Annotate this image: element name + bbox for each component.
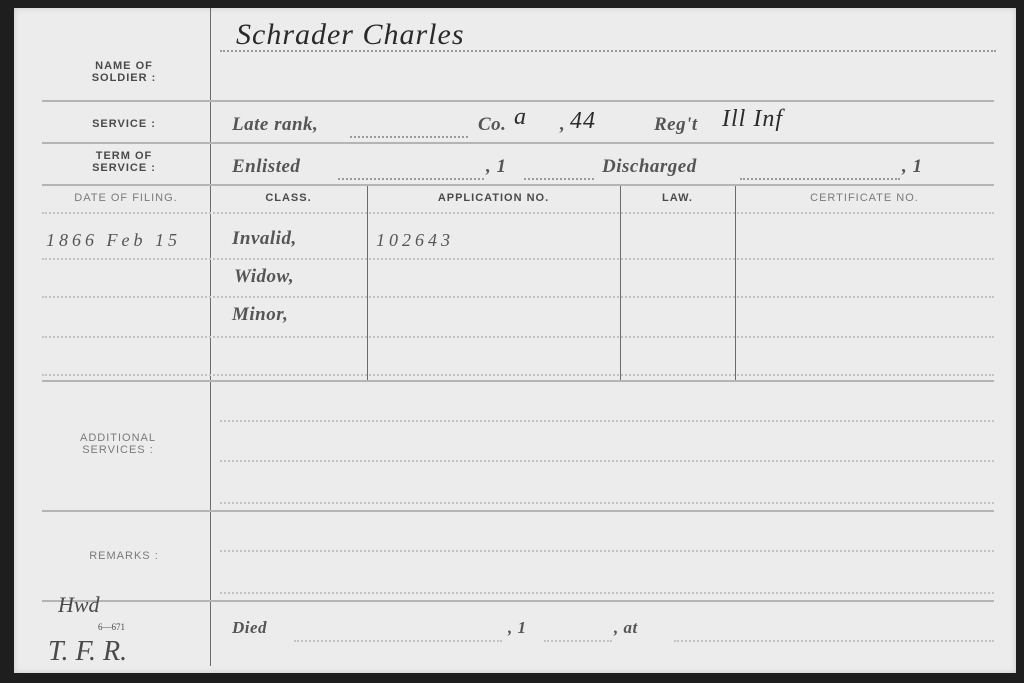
additional-row-divider xyxy=(42,510,994,512)
co-label: Co. xyxy=(478,114,506,136)
filing-row-line-3 xyxy=(42,336,994,338)
remarks-label: REMARKS : xyxy=(74,550,174,562)
application-no-header: APPLICATION NO. xyxy=(367,192,620,204)
certificate-no-header: CERTIFICATE NO. xyxy=(735,192,994,204)
died-at-label: , at xyxy=(614,618,638,638)
header-row-divider xyxy=(42,212,994,214)
additional-line-2 xyxy=(220,460,994,462)
enlisted-year: , 1 xyxy=(486,156,507,178)
name-of-soldier-label: NAME OF SOLDIER : xyxy=(74,60,174,84)
regt-label: Reg't xyxy=(654,114,698,136)
discharged-year: , 1 xyxy=(902,156,923,178)
term-row-divider xyxy=(42,184,994,186)
filing-date: 1866 Feb 15 xyxy=(46,230,181,251)
died-at-dotted xyxy=(674,640,994,642)
application-number: 102643 xyxy=(376,230,454,251)
remarks-line-2 xyxy=(220,592,994,594)
class-widow: Widow, xyxy=(234,266,294,288)
died-dotted xyxy=(294,640,502,642)
late-rank-dotted xyxy=(350,136,468,138)
term-of-service-label: TERM OF SERVICE : xyxy=(74,150,174,174)
filing-row-line-2 xyxy=(42,296,994,298)
clerk-initials: T. F. R. xyxy=(48,636,127,668)
class-invalid: Invalid, xyxy=(232,228,297,250)
enlisted-label: Enlisted xyxy=(232,156,300,178)
filing-row-line-1 xyxy=(42,258,994,260)
date-of-filing-header: DATE OF FILING. xyxy=(42,192,210,204)
additional-line-3 xyxy=(220,502,994,504)
remarks-row-divider xyxy=(42,600,994,602)
enlisted-dotted xyxy=(338,178,484,180)
died-label: Died xyxy=(232,618,267,638)
discharged-dotted xyxy=(740,178,900,180)
service-label: SERVICE : xyxy=(74,118,174,130)
regiment-value: Ill Inf xyxy=(722,106,783,133)
filing-table-bottom xyxy=(42,380,994,382)
pension-index-card: NAME OF SOLDIER : Schrader Charles SERVI… xyxy=(14,8,1016,673)
name-row-divider xyxy=(42,100,994,102)
soldier-name: Schrader Charles xyxy=(236,18,465,52)
died-year-dotted xyxy=(544,640,612,642)
stamp-code: 6—671 xyxy=(98,622,125,632)
discharged-label: Discharged xyxy=(602,156,697,178)
additional-line-1 xyxy=(220,420,994,422)
class-minor: Minor, xyxy=(232,304,288,326)
clerk-scribble: Hwd xyxy=(58,592,100,618)
enlisted-year-dotted xyxy=(524,178,594,180)
regiment-number: 44 xyxy=(570,108,596,135)
late-rank-label: Late rank, xyxy=(232,114,318,136)
additional-services-label: ADDITIONAL SERVICES : xyxy=(58,432,178,456)
class-header: CLASS. xyxy=(210,192,367,204)
comma-separator: , xyxy=(560,114,565,136)
name-dotted-line xyxy=(220,50,996,52)
died-year: , 1 xyxy=(508,618,527,638)
remarks-line-1 xyxy=(220,550,994,552)
law-header: LAW. xyxy=(620,192,735,204)
filing-row-line-4 xyxy=(42,374,994,376)
company-value: a xyxy=(514,104,527,131)
service-row-divider xyxy=(42,142,994,144)
